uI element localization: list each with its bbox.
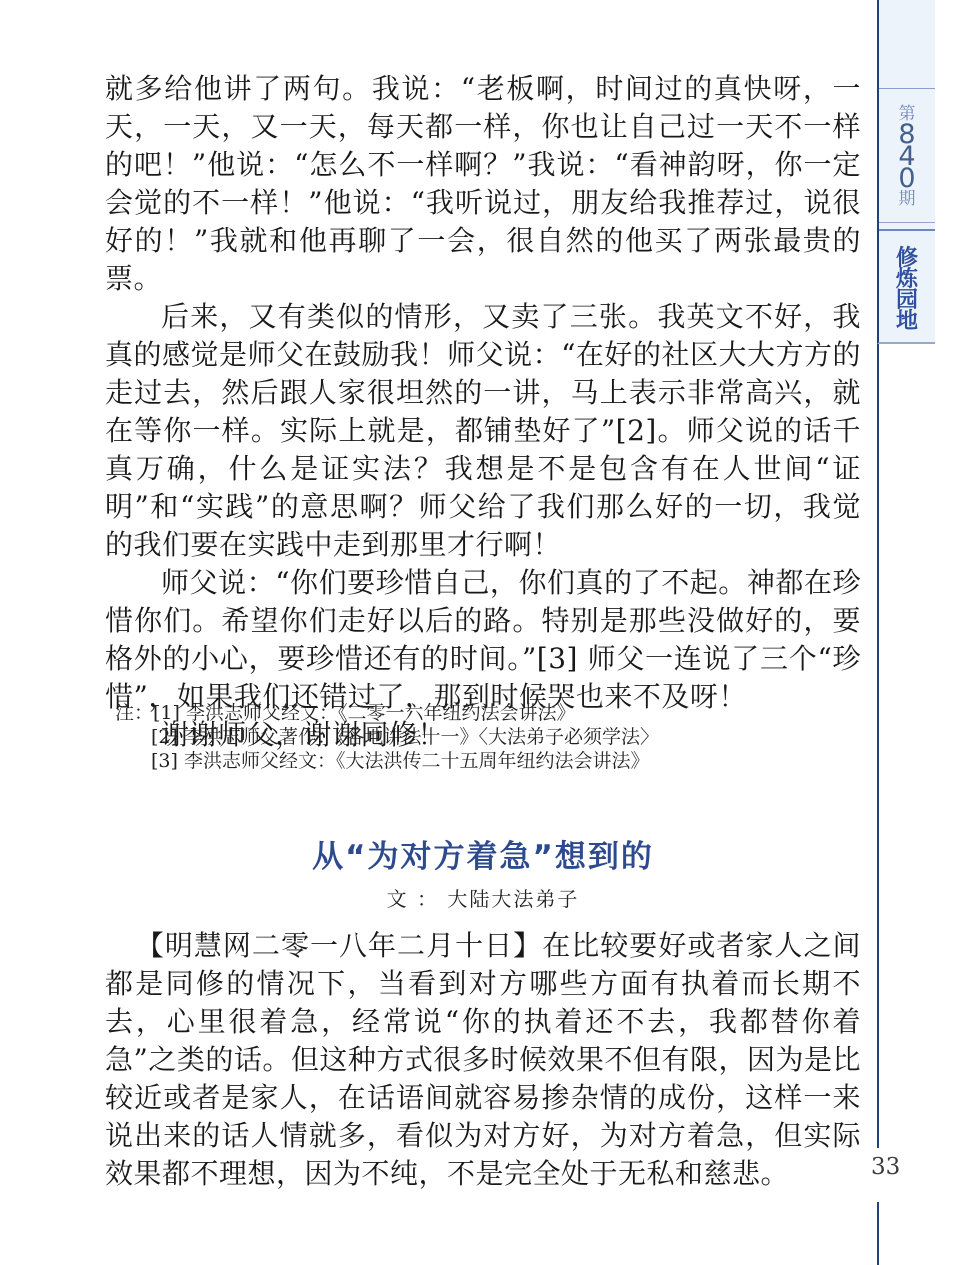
sidebar-divider: [879, 222, 935, 231]
right-margin-rule-bottom: [877, 1202, 879, 1265]
right-margin-rule: [877, 344, 879, 1148]
issue-suffix: 期: [879, 190, 935, 209]
page-number: 33: [871, 1152, 911, 1182]
article-next: 从“为对方着急”想到的 文 ： 大陆大法弟子 【明慧网二零一八年二月十日】在比较…: [105, 838, 861, 1193]
footnote-1: 注：[1] 李洪志师父经文：《二零一六年纽约法会讲法》: [115, 701, 860, 725]
article-previous-continuation: 就多给他讲了两句。我说：“老板啊，时间过的真快呀，一天，一天，又一天，每天都一样…: [105, 70, 861, 754]
section-char: 修: [879, 248, 935, 269]
section-char: 炼: [879, 269, 935, 290]
paragraph: 师父说：“你们要珍惜自己，你们真的了不起。神都在珍惜你们。希望你们走好以后的路。…: [105, 564, 861, 716]
issue-sidebar: 第 8 4 0 期 修 炼 园 地: [877, 0, 935, 344]
magazine-page: { "page": { "number": "33" }, "sidebar":…: [0, 0, 978, 1265]
section-char: 地: [879, 311, 935, 332]
article-byline: 文 ： 大陆大法弟子: [105, 888, 861, 910]
section-char: 园: [879, 290, 935, 311]
section-name-box: 修 炼 园 地: [879, 248, 935, 332]
paragraph: 【明慧网二零一八年二月十日】在比较要好或者家人之间都是同修的情况下，当看到对方哪…: [105, 927, 861, 1193]
article-title: 从“为对方着急”想到的: [105, 838, 861, 876]
issue-digit: 0: [879, 168, 935, 190]
footnote-3: [3] 李洪志师父经文：《大法洪传二十五周年纽约法会讲法》: [115, 749, 860, 773]
footnotes-block: 注：[1] 李洪志师父经文：《二零一六年纽约法会讲法》 [2] 李洪志师父著作：…: [115, 701, 860, 773]
paragraph: 就多给他讲了两句。我说：“老板啊，时间过的真快呀，一天，一天，又一天，每天都一样…: [105, 70, 861, 298]
footnote-2: [2] 李洪志师父著作：《各地讲法十一》〈大法弟子必须学法〉: [115, 725, 860, 749]
footnotes-label: 注：: [115, 702, 153, 724]
paragraph: 后来，又有类似的情形，又卖了三张。我英文不好，我真的感觉是师父在鼓励我！师父说：…: [105, 298, 861, 564]
issue-number-box: 第 8 4 0 期: [879, 88, 935, 209]
